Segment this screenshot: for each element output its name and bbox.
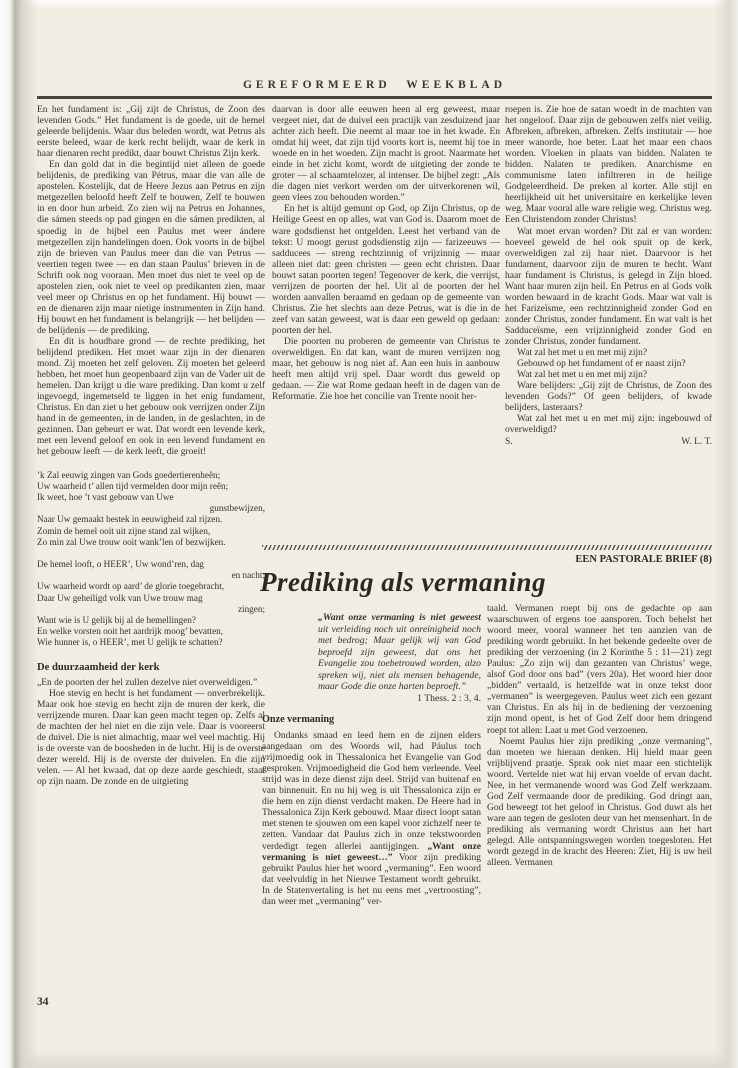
paragraph: Hoe stevig en hecht is het fundament — o… (37, 689, 265, 788)
psalm-line: Naar Uw gemaakt bestek in eeuwigheid zal… (37, 514, 265, 525)
masthead-rule (37, 96, 712, 99)
paragraph: Ondanks smaad en leed hem en de zijnen e… (262, 731, 481, 908)
article-column-right: taald. Vermanen roept bij ons de gedacht… (487, 604, 712, 1010)
scripture-quote: „Want onze vermaning is niet geweest uit… (318, 612, 481, 693)
paragraph: Gebouwd op het fundament of er naast zij… (505, 359, 712, 370)
psalm-line: Daar Uw geheiligd volk van Uwe trouw mag (37, 593, 265, 604)
paragraph: Ware belijders: „Gij zijt de Christus, d… (505, 381, 712, 414)
paragraph: Die poorten nu proberen de gemeente van … (272, 337, 500, 403)
signature-line: S. W. L. T. (505, 437, 712, 448)
paragraph: En het is altijd gemunt op God, op Zijn … (272, 204, 500, 337)
scripture-reference: 1 Thess. 2 : 3, 4. (318, 693, 481, 705)
article-kicker: EEN PASTORALE BRIEF (8) (262, 554, 712, 565)
article-text-segment: Ondanks smaad en leed hem en de zijnen e… (262, 731, 481, 851)
column-middle: daarvan is door alle eeuwen heen al erg … (272, 105, 500, 545)
scripture-quote-bold: „Want onze vermaning is niet geweest (318, 612, 481, 623)
signature-initial: S. (505, 437, 513, 448)
column-right: roepen is. Zie hoe de satan woedt in de … (505, 105, 712, 543)
psalm-line: En welke vorsten ooit het aardrijk moog’… (37, 626, 265, 637)
article-subheading: Onze vermaning (262, 714, 481, 725)
psalm-line: Ik weet, hoe ’t vast gebouw van Uwe (37, 492, 265, 503)
paragraph: Wat zal het met u en met mij zijn? (505, 370, 712, 381)
scripture-quote-rest: uit verleiding noch uit onreinigheid noc… (318, 624, 481, 693)
psalm-line: De hemel looft, o HEER’, Uw wond’ren, da… (37, 559, 265, 570)
psalm-line: Uw waarheid wordt op aard’ de glorie toe… (37, 581, 265, 592)
paragraph: Noemt Paulus hier zijn prediking „onze v… (487, 737, 712, 870)
signature-author: W. L. T. (681, 437, 712, 448)
paragraph: En dan gold dat in die begintijd niet al… (37, 160, 265, 337)
psalm-line: Zomin de hemel ooit uit zijne stand zal … (37, 526, 265, 537)
paragraph: En het fundament is: „Gij zijt de Christ… (37, 105, 265, 160)
scanned-newspaper-page: { "page": { "masthead": "GEREFORMEERD WE… (0, 0, 738, 1068)
psalm-stanza-1: ’k Zal eeuwig zingen van Gods goedertier… (37, 470, 265, 548)
section-heading: De duurzaamheid der kerk (37, 662, 265, 673)
psalm-line: Zo min zal Uwe trouw ooit wank’len of be… (37, 537, 265, 548)
paragraph: Wat zal het met u en met mij zijn? (505, 348, 712, 359)
paragraph: taald. Vermanen roept bij ons de gedacht… (487, 604, 712, 737)
psalm-line: Uw waarheid t’ allen tijd vermelden door… (37, 481, 265, 492)
article-column-left: „Want onze vermaning is niet geweest uit… (262, 610, 481, 1010)
psalm-line-continuation: gunstbewijzen, (37, 503, 265, 514)
column-left: En het fundament is: „Gij zijt de Christ… (37, 105, 265, 979)
paragraph: Wat moet ervan worden? Dit zal er van wo… (505, 227, 712, 349)
psalm-line-continuation: en nacht; (37, 570, 265, 581)
psalm-line: Want wie is U gelijk bij al de hemelling… (37, 615, 265, 626)
psalm-line: ’k Zal eeuwig zingen van Gods goedertier… (37, 470, 265, 481)
squiggle-divider (262, 545, 712, 550)
paragraph: „En de poorten der hel zullen dezelve ni… (37, 678, 265, 689)
paragraph: En dit is houdbare grond — de rechte pre… (37, 337, 265, 459)
psalm-stanza-2: De hemel looft, o HEER’, Uw wond’ren, da… (37, 559, 265, 649)
paragraph: daarvan is door alle eeuwen heen al erg … (272, 105, 500, 204)
article-title: Prediking als vermaning (260, 567, 546, 598)
psalm-line-continuation: zingen; (37, 604, 265, 615)
paragraph: roepen is. Zie hoe de satan woedt in de … (505, 105, 712, 227)
paragraph: Wat zal het met u en met mij zijn: ingeb… (505, 414, 712, 436)
psalm-line: Wie hunner is, o HEER’, met U gelijk te … (37, 637, 265, 648)
page-number: 34 (37, 996, 49, 1008)
masthead-title: GEREFORMEERD WEEKBLAD (37, 79, 712, 91)
